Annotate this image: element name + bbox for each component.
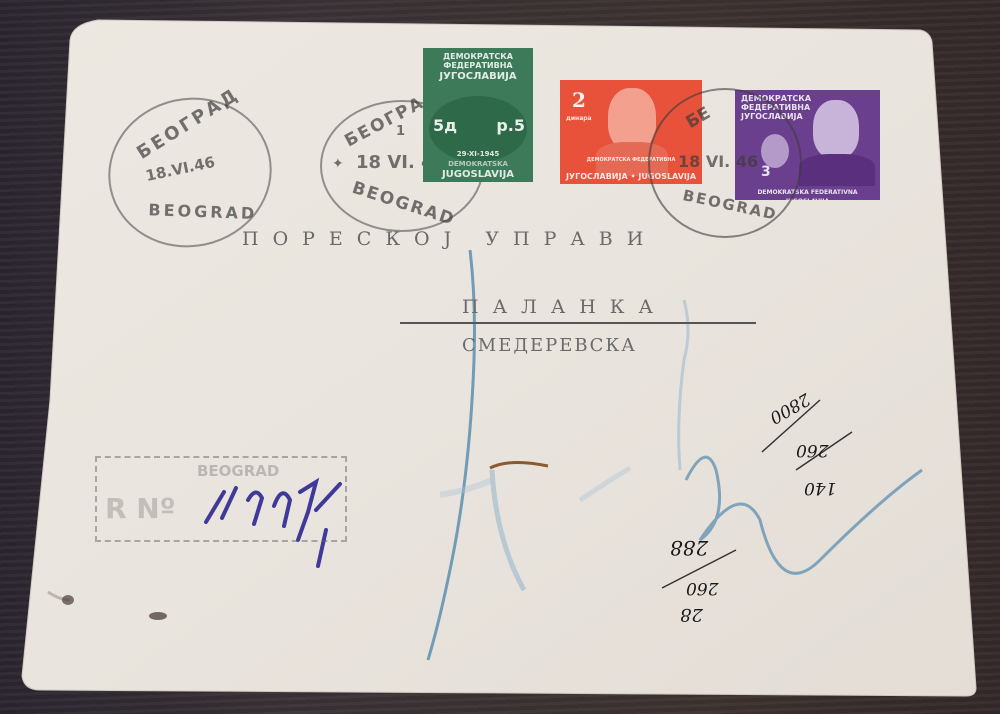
- pencil-note-lower-2: 260: [686, 578, 718, 598]
- red-stamp-value-word: динара: [566, 114, 592, 123]
- registration-r-label: R Nº: [105, 492, 176, 525]
- green-stamp-bottom-line-1: DEMOKRATSKA: [423, 160, 533, 169]
- postmark-right: БЕ 18 VI. 46 BEOGRAD: [648, 88, 802, 238]
- green-stamp-bottom-line-3: JUGOSLAVIJA: [423, 170, 533, 179]
- purple-stamp-portrait: [813, 100, 859, 158]
- address-line-recipient: ПОРЕСКОЈ УПРАВИ: [242, 228, 657, 250]
- green-stamp-top-line-1: ДЕМОКРАТСКА: [423, 52, 533, 61]
- pencil-note-upper-3: 140: [804, 478, 836, 498]
- postmark-center-number: 1: [396, 124, 405, 139]
- postmark-right-bottom-text: BEOGRAD: [681, 186, 779, 224]
- pencil-note-lower-3: 28: [680, 604, 703, 625]
- envelope: БЕОГРАД 18.VI.46 BEOGRAD БЕОГРАД 1 ✦ 18 …: [0, 0, 1000, 714]
- postmark-center-bottom-text: BEOGRAD: [350, 178, 458, 230]
- purple-stamp-uniform: [799, 154, 875, 186]
- pencil-note-upper-2: 260: [796, 440, 828, 460]
- registration-label: BEOGRAD R Nº 11444: [95, 456, 347, 542]
- green-stamp: ДЕМОКРАТСКА ФЕДЕРАТИВНА ЈУГОСЛАВИЈА 5д р…: [423, 48, 533, 182]
- postmark-left-date: 18.VI.46: [144, 153, 217, 185]
- red-stamp-value: 2: [572, 88, 586, 112]
- postmark-right-top-text: БЕ: [683, 103, 714, 133]
- postmark-center-star: ✦: [332, 156, 344, 172]
- green-stamp-top-line-3: ЈУГОСЛАВИЈА: [423, 72, 533, 81]
- address-line-region: СМЕДЕРЕВСКА: [462, 335, 637, 356]
- postmark-left-bottom-text: BEOGRAD: [148, 200, 257, 223]
- green-stamp-date: 29-XI-1945: [423, 150, 533, 159]
- red-stamp-portrait: [608, 88, 656, 150]
- green-stamp-value-left: 5д: [433, 116, 457, 135]
- green-stamp-value-right: р.5: [496, 116, 525, 135]
- address-line-town: ПАЛАНКА: [462, 296, 667, 318]
- postmark-right-date: 18 VI. 46: [678, 152, 758, 171]
- green-stamp-top-line-2: ФЕДЕРАТИВНА: [423, 61, 533, 70]
- pencil-note-lower-1: 288: [670, 536, 708, 560]
- registration-city: BEOGRAD: [197, 462, 279, 480]
